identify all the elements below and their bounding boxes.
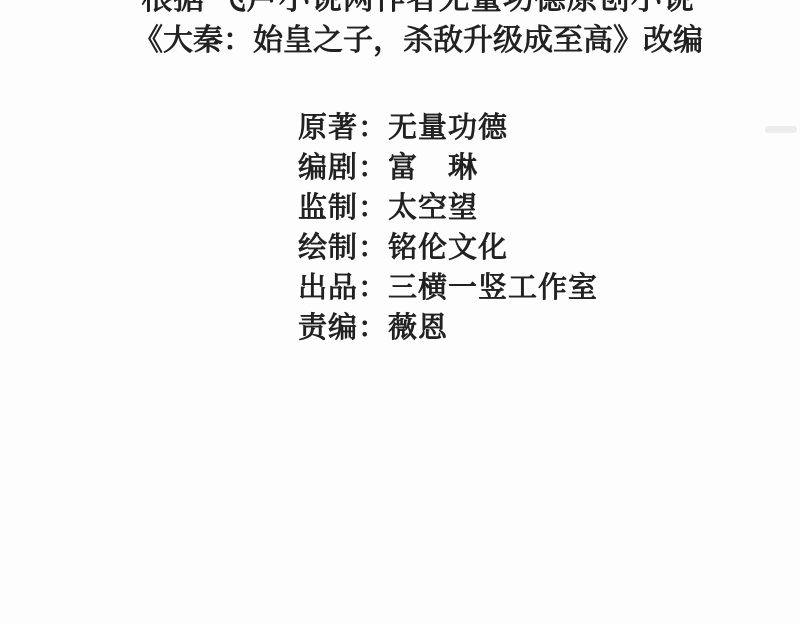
- credit-row-editor: 责编：薇恩: [298, 308, 598, 348]
- credit-value: 太空望: [388, 192, 478, 224]
- credit-separator: ：: [358, 112, 388, 144]
- credit-separator: ：: [358, 232, 388, 264]
- credit-separator: ：: [358, 152, 388, 184]
- comic-credits-page: 根据 飞卢小说网作者无量功德原创小说 《大秦：始皇之子，杀敌升级成至高》改编 原…: [0, 0, 800, 624]
- credit-value: 富 琳: [388, 152, 478, 184]
- credit-row-producer: 出品：三横一竖工作室: [298, 268, 598, 308]
- credit-label: 编剧: [298, 152, 358, 184]
- credit-row-original-author: 原著：无量功德: [298, 108, 598, 148]
- credit-row-art-studio: 绘制：铭伦文化: [298, 228, 598, 268]
- adaptation-title-line: 《大秦：始皇之子，杀敌升级成至高》改编: [18, 24, 800, 57]
- credit-label: 绘制: [298, 232, 358, 264]
- scrollbar-thumb: [765, 126, 797, 133]
- credit-row-screenwriter: 编剧：富 琳: [298, 148, 598, 188]
- credit-separator: ：: [358, 272, 388, 304]
- credit-value: 薇恩: [388, 312, 448, 344]
- credit-value: 三横一竖工作室: [388, 272, 598, 304]
- credit-label: 监制: [298, 192, 358, 224]
- credit-separator: ：: [358, 192, 388, 224]
- source-attribution-line: 根据 飞卢小说网作者无量功德原创小说: [18, 0, 800, 14]
- credit-separator: ：: [358, 312, 388, 344]
- credit-row-supervisor: 监制：太空望: [298, 188, 598, 228]
- credit-label: 出品: [298, 272, 358, 304]
- credit-value: 无量功德: [388, 112, 508, 144]
- credit-value: 铭伦文化: [388, 232, 508, 264]
- credit-label: 责编: [298, 312, 358, 344]
- credits-list: 原著：无量功德 编剧：富 琳 监制：太空望 绘制：铭伦文化 出品：三横一竖工作室…: [298, 108, 598, 348]
- credit-label: 原著: [298, 112, 358, 144]
